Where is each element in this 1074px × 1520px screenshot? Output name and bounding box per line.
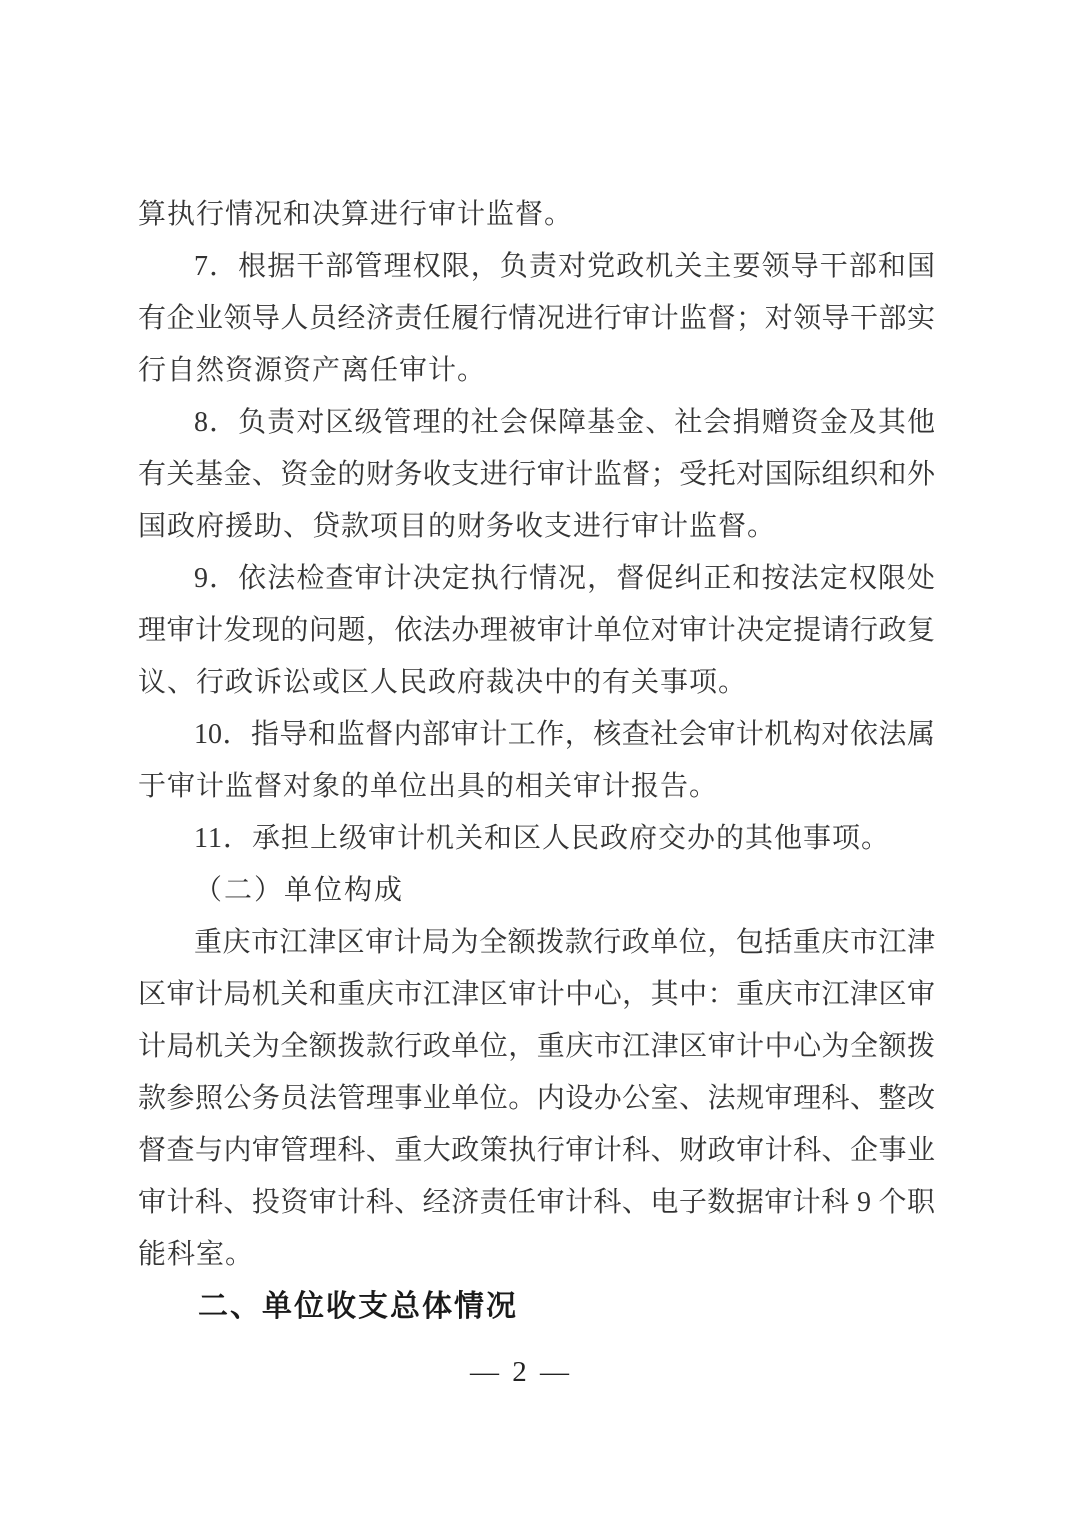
- document-page: 算执行情况和决算进行审计监督。7．根据干部管理权限，负责对党政机关主要领导干部和…: [0, 0, 1074, 1520]
- text-line: 款参照公务员法管理事业单位。内设办公室、法规审理科、整改: [138, 1073, 935, 1125]
- text-line: 理审计发现的问题，依法办理被审计单位对审计决定提请行政复: [138, 605, 935, 657]
- text-line: 议、行政诉讼或区人民政府裁决中的有关事项。: [138, 657, 935, 709]
- text-line: 9．依法检查审计决定执行情况，督促纠正和按法定权限处: [138, 553, 935, 605]
- text-line: 算执行情况和决算进行审计监督。: [138, 189, 935, 241]
- section-heading-sub: （二）单位构成: [138, 865, 935, 917]
- text-line: 审计科、投资审计科、经济责任审计科、电子数据审计科 9 个职: [138, 1177, 935, 1229]
- text-line: 于审计监督对象的单位出具的相关审计报告。: [138, 761, 935, 813]
- text-line: 能科室。: [138, 1229, 935, 1281]
- text-line: 10．指导和监督内部审计工作，核查社会审计机构对依法属: [138, 709, 935, 761]
- text-line: 国政府援助、贷款项目的财务收支进行审计监督。: [138, 501, 935, 553]
- page-number: — 2 —: [0, 1350, 1058, 1394]
- text-line: 11．承担上级审计机关和区人民政府交办的其他事项。: [138, 813, 935, 865]
- text-line: 督查与内审管理科、重大政策执行审计科、财政审计科、企事业: [138, 1125, 935, 1177]
- text-line: 计局机关为全额拨款行政单位，重庆市江津区审计中心为全额拨: [138, 1021, 935, 1073]
- text-block: 算执行情况和决算进行审计监督。7．根据干部管理权限，负责对党政机关主要领导干部和…: [138, 189, 935, 1333]
- text-line: 7．根据干部管理权限，负责对党政机关主要领导干部和国: [138, 241, 935, 293]
- text-line: 8．负责对区级管理的社会保障基金、社会捐赠资金及其他: [138, 397, 935, 449]
- text-line: 行自然资源资产离任审计。: [138, 345, 935, 397]
- text-line: 有关基金、资金的财务收支进行审计监督；受托对国际组织和外: [138, 449, 935, 501]
- text-line: 重庆市江津区审计局为全额拨款行政单位，包括重庆市江津: [138, 917, 935, 969]
- section-heading-major: 二、单位收支总体情况: [138, 1281, 935, 1333]
- text-line: 区审计局机关和重庆市江津区审计中心，其中：重庆市江津区审: [138, 969, 935, 1021]
- text-line: 有企业领导人员经济责任履行情况进行审计监督；对领导干部实: [138, 293, 935, 345]
